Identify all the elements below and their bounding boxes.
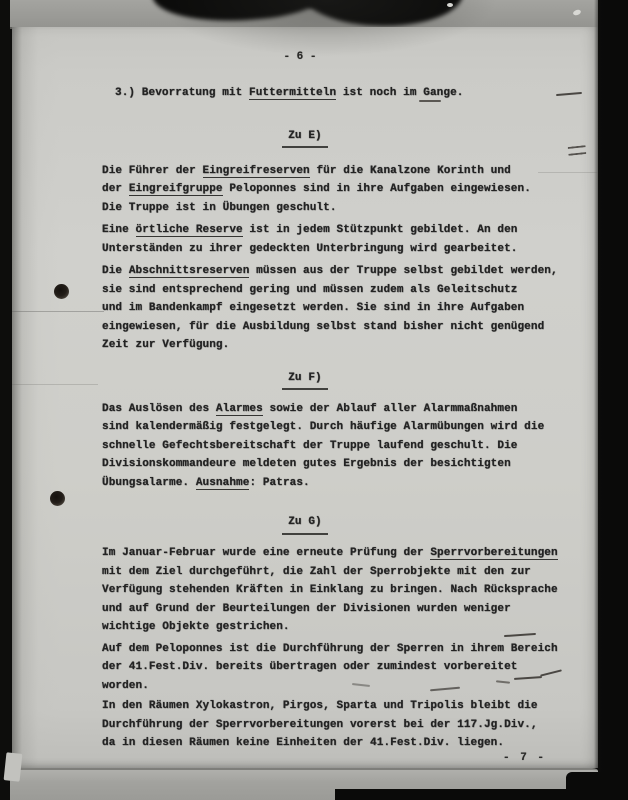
underlined-text: Alarmes [216, 403, 263, 416]
text-line: der Eingreifgruppe Peloponnes sind in ih… [102, 180, 576, 199]
underlined-text: Sperrvorbereitungen [430, 547, 557, 560]
section-heading: Zu G) [102, 513, 508, 532]
paragraph: Auf dem Peloponnes ist die Durchführung … [102, 640, 576, 696]
text-line: eingewiesen, für die Ausbildung selbst s… [102, 318, 576, 337]
underlined-text: Eingreifgruppe [129, 183, 223, 196]
text-line: sie sind entsprechend gering und müssen … [102, 281, 576, 300]
underlined-text: Ausnahme [196, 477, 250, 490]
text-line: Die Truppe ist in Übungen geschult. [102, 199, 576, 218]
text-line: Zeit zur Verfügung. [102, 336, 576, 355]
scan-backdrop-bottom-right [566, 772, 628, 800]
text-line: Das Auslösen des Alarmes sowie der Ablau… [102, 400, 576, 419]
text-line: Übungsalarme. Ausnahme: Patras. [102, 474, 576, 493]
text-line: Die Abschnittsreserven müssen aus der Tr… [102, 262, 576, 281]
paragraph: In den Räumen Xylokastron, Pirgos, Spart… [102, 697, 576, 753]
paper-edge-notch [4, 752, 23, 782]
paragraph: Im Januar-Februar wurde eine erneute Prü… [102, 544, 576, 637]
text-line: Die Führer der Eingreifreserven für die … [102, 162, 576, 181]
underlined-text: örtliche Reserve [136, 224, 243, 237]
text-line: In den Räumen Xylokastron, Pirgos, Spart… [102, 697, 576, 716]
text-line: schnelle Gefechtsbereitschaft der Truppe… [102, 437, 576, 456]
text-line: sind kalendermäßig festgelegt. Durch häu… [102, 418, 576, 437]
text-line: Divisionskommandeure meldeten gutes Erge… [102, 455, 576, 474]
text-line: und im Bandenkampf eingesetzt werden. Si… [102, 299, 576, 318]
punch-hole [50, 491, 65, 506]
page-number-bottom: - 7 - [503, 751, 546, 765]
text-line: 3.) Bevorratung mit Futtermitteln ist no… [115, 84, 576, 103]
underlined-text: Eingreifreserven [203, 165, 310, 178]
section-heading-label: Zu F) [282, 369, 328, 391]
section-heading: Zu E) [102, 127, 508, 146]
paragraph: Die Führer der Eingreifreserven für die … [102, 162, 576, 218]
section-heading-label: Zu G) [282, 513, 328, 535]
text-line: Auf dem Peloponnes ist die Durchführung … [102, 640, 576, 659]
text-line: Verfügung stehenden Kräften in Einklang … [102, 581, 576, 600]
text-line: mit dem Ziel durchgeführt, die Zahl der … [102, 563, 576, 582]
section-heading: Zu F) [102, 369, 508, 388]
punch-hole [54, 284, 69, 299]
scan-speck [447, 3, 453, 7]
scan-line [12, 384, 98, 385]
text-line: Eine örtliche Reserve ist in jedem Stütz… [102, 221, 576, 240]
section-heading-label: Zu E) [282, 127, 328, 149]
page-number-top: - 6 - [250, 50, 350, 64]
scanned-document-photo: - 6 - 3.) Bevorratung mit Futtermitteln … [0, 0, 628, 800]
document-body: 3.) Bevorratung mit Futtermitteln ist no… [102, 84, 576, 753]
text-line: der 41.Fest.Div. bereits übertragen oder… [102, 658, 576, 677]
text-line: worden. [102, 677, 576, 696]
underlined-text: Futtermitteln [249, 87, 336, 100]
paragraph: Eine örtliche Reserve ist in jedem Stütz… [102, 221, 576, 258]
text-line: wichtige Objekte gestrichen. [102, 618, 576, 637]
underlined-text: Abschnittsreserven [129, 265, 250, 278]
paragraph: Die Abschnittsreserven müssen aus der Tr… [102, 262, 576, 355]
text-line: und auf Grund der Beurteilungen der Divi… [102, 600, 576, 619]
paragraph: Das Auslösen des Alarmes sowie der Ablau… [102, 400, 576, 493]
text-line: Durchführung der Sperrvorbereitungen vor… [102, 716, 576, 735]
text-line: Im Januar-Februar wurde eine erneute Prü… [102, 544, 576, 563]
scan-line [12, 311, 104, 312]
text-line: Unterständen zu ihrer gedeckten Unterbri… [102, 240, 576, 259]
scan-backdrop-right [594, 0, 628, 800]
text-line: da in diesen Räumen keine Einheiten der … [102, 734, 576, 753]
